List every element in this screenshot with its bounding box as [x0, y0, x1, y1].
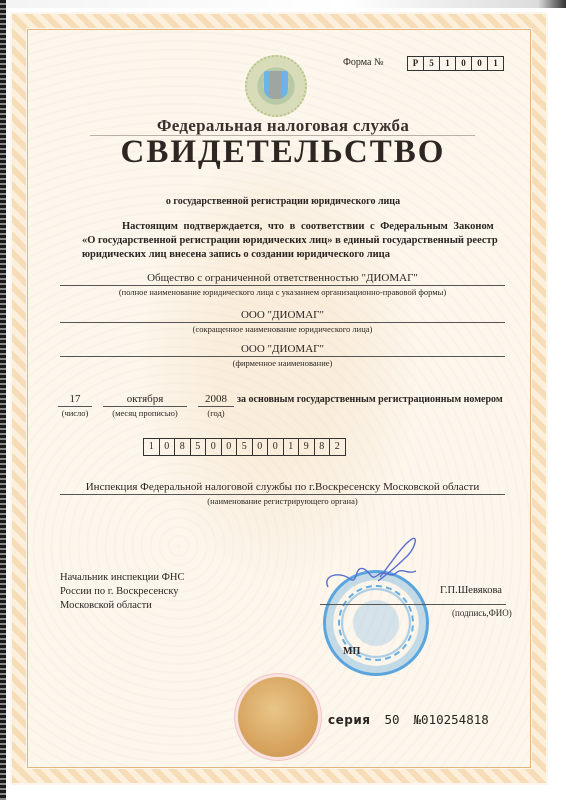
signature-line — [320, 604, 506, 605]
authority-field: Инспекция Федеральной налоговой службы п… — [60, 481, 505, 506]
agency-name: Федеральная налоговая служба — [0, 116, 566, 136]
statement-paragraph: Настоящим подтверждается, что в соответс… — [82, 220, 512, 262]
form-label: Форма № — [343, 57, 384, 68]
registration-text: за основным государственным регистрацион… — [237, 394, 503, 405]
scan-edge — [6, 0, 566, 8]
date-month: октября (месяц прописью) — [103, 393, 187, 418]
gold-seal-icon — [238, 677, 318, 757]
fns-emblem-icon — [245, 55, 307, 117]
signatory-position: Начальник инспекции ФНС России по г. Вос… — [60, 571, 185, 613]
date-year: 2008 (год) — [198, 393, 234, 418]
brand-name-field: ООО "ДИОМАГ" (фирменное наименование) — [60, 343, 505, 368]
document-subtitle: о государственной регистрации юридическо… — [0, 196, 566, 207]
document-title: СВИДЕТЕЛЬСТВО — [0, 134, 566, 171]
signer-name: Г.П.Шевякова — [440, 585, 502, 596]
date-day: 17 (число) — [58, 393, 92, 418]
signature-icon — [320, 535, 430, 595]
seal-place-label: МП — [343, 646, 360, 657]
signature-caption: (подпись,ФИО) — [452, 608, 512, 618]
form-number-boxes: Р 5 1 0 0 1 — [407, 56, 504, 71]
short-name-field: ООО "ДИОМАГ" (сокращенное наименование ю… — [60, 309, 505, 334]
blank-series-number: серия50№010254818 — [328, 712, 489, 728]
ogrn-number-boxes: 1 0 8 5 0 0 5 0 0 1 9 8 2 — [143, 438, 346, 456]
full-name-field: Общество с ограниченной ответственностью… — [60, 272, 505, 297]
